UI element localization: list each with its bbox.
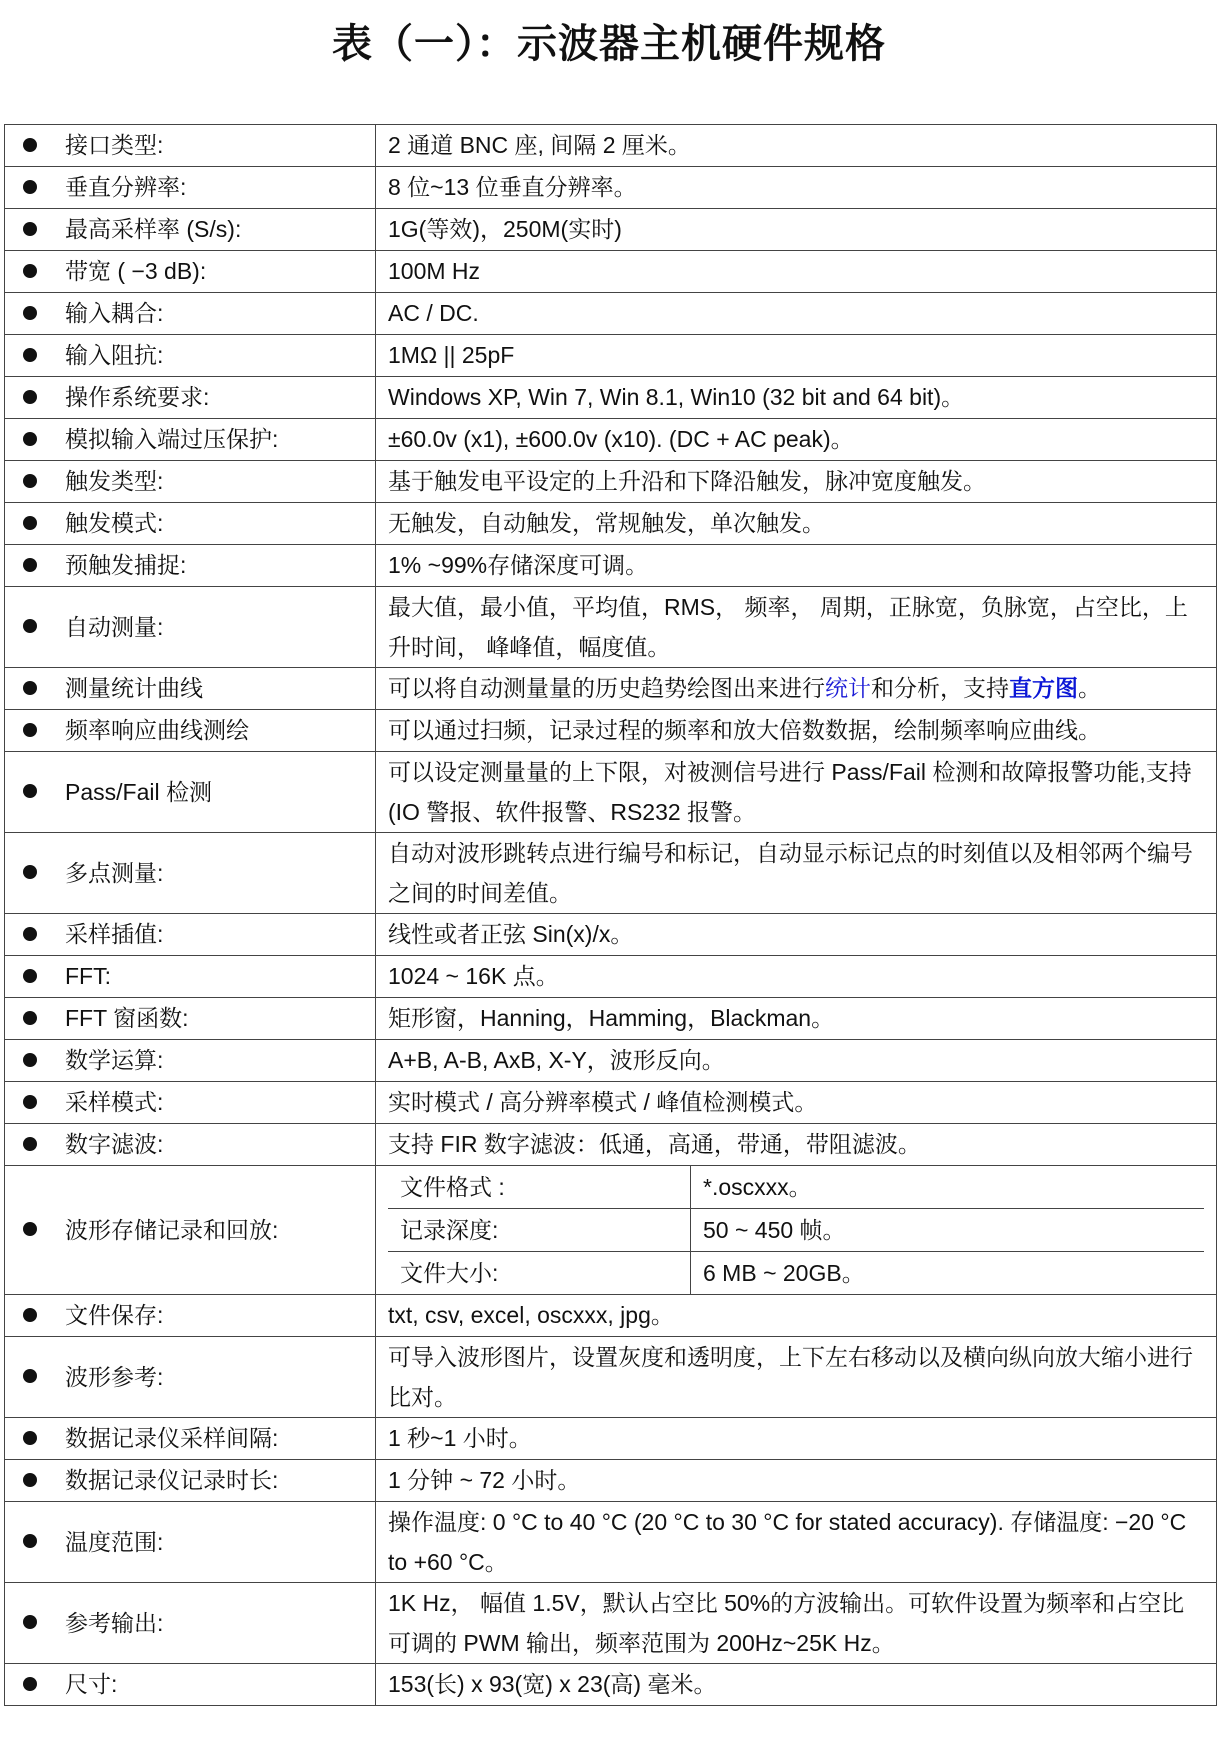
value-text: 可以将自动测量量的历史趋势绘图出来进行 bbox=[388, 675, 825, 701]
row-value: txt, csv, excel, oscxxx, jpg。 bbox=[376, 1295, 1217, 1337]
label-text: 数据记录仪记录时长: bbox=[65, 1467, 278, 1493]
row-label: 参考输出: bbox=[5, 1583, 376, 1664]
label-text: 数据记录仪采样间隔: bbox=[65, 1425, 278, 1451]
row-value: 可以设定测量量的上下限，对被测信号进行 Pass/Fail 检测和故障报警功能,… bbox=[376, 752, 1217, 833]
row-label: 最高采样率 (S/s): bbox=[5, 209, 376, 251]
sub-row: 文件大小:6 MB ~ 20GB。 bbox=[388, 1252, 1204, 1295]
label-text: 带宽 ( −3 dB): bbox=[65, 258, 206, 284]
label-text: 触发类型: bbox=[65, 468, 163, 494]
row-value: 8 位~13 位垂直分辨率。 bbox=[376, 167, 1217, 209]
sub-value: 50 ~ 450 帧。 bbox=[691, 1209, 1205, 1252]
table-row: 模拟输入端过压保护:±60.0v (x1), ±600.0v (x10). (D… bbox=[5, 419, 1217, 461]
row-value: 操作温度: 0 °C to 40 °C (20 °C to 30 °C for … bbox=[376, 1502, 1217, 1583]
sub-value: *.oscxxx。 bbox=[691, 1166, 1205, 1209]
bullet-icon bbox=[23, 1615, 37, 1629]
sub-value: 6 MB ~ 20GB。 bbox=[691, 1252, 1205, 1295]
row-value: 自动对波形跳转点进行编号和标记，自动显示标记点的时刻值以及相邻两个编号之间的时间… bbox=[376, 833, 1217, 914]
label-text: 尺寸: bbox=[65, 1671, 117, 1697]
table-row: 频率响应曲线测绘可以通过扫频，记录过程的频率和放大倍数数据，绘制频率响应曲线。 bbox=[5, 710, 1217, 752]
bullet-icon bbox=[23, 1534, 37, 1548]
label-text: Pass/Fail 检测 bbox=[65, 779, 212, 805]
row-label: FFT 窗函数: bbox=[5, 998, 376, 1040]
label-text: 数字滤波: bbox=[65, 1131, 163, 1157]
bullet-icon bbox=[23, 681, 37, 695]
row-value: 可以通过扫频，记录过程的频率和放大倍数数据，绘制频率响应曲线。 bbox=[376, 710, 1217, 752]
bullet-icon bbox=[23, 619, 37, 633]
row-label: 数据记录仪采样间隔: bbox=[5, 1418, 376, 1460]
page-title: 表（一）：示波器主机硬件规格 bbox=[0, 12, 1218, 69]
row-value: 1G(等效)，250M(实时) bbox=[376, 209, 1217, 251]
label-text: 接口类型: bbox=[65, 132, 163, 158]
label-text: 波形参考: bbox=[65, 1364, 163, 1390]
bullet-icon bbox=[23, 969, 37, 983]
row-value: 1K Hz， 幅值 1.5V，默认占空比 50%的方波输出。可软件设置为频率和占… bbox=[376, 1583, 1217, 1664]
bullet-icon bbox=[23, 1137, 37, 1151]
row-label: 波形参考: bbox=[5, 1337, 376, 1418]
row-label: 数学运算: bbox=[5, 1040, 376, 1082]
row-label: Pass/Fail 检测 bbox=[5, 752, 376, 833]
row-label: 测量统计曲线 bbox=[5, 668, 376, 710]
table-row: FFT 窗函数:矩形窗，Hanning，Hamming，Blackman。 bbox=[5, 998, 1217, 1040]
bullet-icon bbox=[23, 516, 37, 530]
table-row: 数据记录仪采样间隔:1 秒~1 小时。 bbox=[5, 1418, 1217, 1460]
row-label: 频率响应曲线测绘 bbox=[5, 710, 376, 752]
row-value: A+B, A-B, AxB, X-Y，波形反向。 bbox=[376, 1040, 1217, 1082]
row-label: 温度范围: bbox=[5, 1502, 376, 1583]
row-value: ±60.0v (x1), ±600.0v (x10). (DC + AC pea… bbox=[376, 419, 1217, 461]
label-text: 输入阻抗: bbox=[65, 342, 163, 368]
label-text: 波形存储记录和回放: bbox=[65, 1217, 278, 1243]
table-row: 波形存储记录和回放: 文件格式 :*.oscxxx。 记录深度:50 ~ 450… bbox=[5, 1166, 1217, 1295]
table-row: 自动测量:最大值，最小值，平均值，RMS， 频率， 周期，正脉宽，负脉宽，占空比… bbox=[5, 587, 1217, 668]
bullet-icon bbox=[23, 348, 37, 362]
bullet-icon bbox=[23, 306, 37, 320]
bullet-icon bbox=[23, 1053, 37, 1067]
row-value: Windows XP, Win 7, Win 8.1, Win10 (32 bi… bbox=[376, 377, 1217, 419]
label-text: 参考输出: bbox=[65, 1610, 163, 1636]
row-value: 线性或者正弦 Sin(x)/x。 bbox=[376, 914, 1217, 956]
row-value: 100M Hz bbox=[376, 251, 1217, 293]
row-value: 最大值，最小值，平均值，RMS， 频率， 周期，正脉宽，负脉宽，占空比，上升时间… bbox=[376, 587, 1217, 668]
bullet-icon bbox=[23, 1473, 37, 1487]
row-label: 操作系统要求: bbox=[5, 377, 376, 419]
label-text: 频率响应曲线测绘 bbox=[65, 717, 249, 743]
bullet-icon bbox=[23, 264, 37, 278]
row-value: 1024 ~ 16K 点。 bbox=[376, 956, 1217, 998]
bullet-icon bbox=[23, 1308, 37, 1322]
label-text: FFT 窗函数: bbox=[65, 1005, 189, 1031]
table-row: 采样插值:线性或者正弦 Sin(x)/x。 bbox=[5, 914, 1217, 956]
label-text: FFT: bbox=[65, 963, 111, 989]
label-text: 操作系统要求: bbox=[65, 384, 209, 410]
storage-subtable: 文件格式 :*.oscxxx。 记录深度:50 ~ 450 帧。 文件大小:6 … bbox=[388, 1166, 1204, 1294]
row-value: 实时模式 / 高分辨率模式 / 峰值检测模式。 bbox=[376, 1082, 1217, 1124]
table-row: 数据记录仪记录时长:1 分钟 ~ 72 小时。 bbox=[5, 1460, 1217, 1502]
table-row: 波形参考:可导入波形图片，设置灰度和透明度，上下左右移动以及横向纵向放大缩小进行… bbox=[5, 1337, 1217, 1418]
row-label: 波形存储记录和回放: bbox=[5, 1166, 376, 1295]
table-row: 垂直分辨率:8 位~13 位垂直分辨率。 bbox=[5, 167, 1217, 209]
bullet-icon bbox=[23, 784, 37, 798]
label-text: 测量统计曲线 bbox=[65, 675, 203, 701]
row-label: FFT: bbox=[5, 956, 376, 998]
row-value: 2 通道 BNC 座, 间隔 2 厘米。 bbox=[376, 125, 1217, 167]
label-text: 采样模式: bbox=[65, 1089, 163, 1115]
table-row: FFT:1024 ~ 16K 点。 bbox=[5, 956, 1217, 998]
row-label: 垂直分辨率: bbox=[5, 167, 376, 209]
row-label: 预触发捕捉: bbox=[5, 545, 376, 587]
table-row: 最高采样率 (S/s):1G(等效)，250M(实时) bbox=[5, 209, 1217, 251]
bullet-icon bbox=[23, 1222, 37, 1236]
table-row: 参考输出:1K Hz， 幅值 1.5V，默认占空比 50%的方波输出。可软件设置… bbox=[5, 1583, 1217, 1664]
row-label: 输入阻抗: bbox=[5, 335, 376, 377]
label-text: 温度范围: bbox=[65, 1529, 163, 1555]
table-row: 预触发捕捉:1% ~99%存储深度可调。 bbox=[5, 545, 1217, 587]
table-row: 数字滤波:支持 FIR 数字滤波：低通，高通，带通，带阻滤波。 bbox=[5, 1124, 1217, 1166]
bullet-icon bbox=[23, 1095, 37, 1109]
bullet-icon bbox=[23, 222, 37, 236]
table-row: 输入耦合:AC / DC. bbox=[5, 293, 1217, 335]
sub-row: 文件格式 :*.oscxxx。 bbox=[388, 1166, 1204, 1209]
row-label: 触发模式: bbox=[5, 503, 376, 545]
label-text: 触发模式: bbox=[65, 510, 163, 536]
bullet-icon bbox=[23, 1369, 37, 1383]
row-label: 多点测量: bbox=[5, 833, 376, 914]
row-value: AC / DC. bbox=[376, 293, 1217, 335]
bullet-icon bbox=[23, 1011, 37, 1025]
bullet-icon bbox=[23, 865, 37, 879]
label-text: 文件保存: bbox=[65, 1302, 163, 1328]
sub-key: 记录深度: bbox=[388, 1209, 691, 1252]
row-value: 无触发，自动触发，常规触发，单次触发。 bbox=[376, 503, 1217, 545]
row-value: 矩形窗，Hanning，Hamming，Blackman。 bbox=[376, 998, 1217, 1040]
row-label: 采样模式: bbox=[5, 1082, 376, 1124]
row-label: 接口类型: bbox=[5, 125, 376, 167]
table-row: 数学运算:A+B, A-B, AxB, X-Y，波形反向。 bbox=[5, 1040, 1217, 1082]
label-text: 采样插值: bbox=[65, 921, 163, 947]
row-value: 153(长) x 93(宽) x 23(高) 毫米。 bbox=[376, 1664, 1217, 1706]
row-label: 带宽 ( −3 dB): bbox=[5, 251, 376, 293]
row-label: 数据记录仪记录时长: bbox=[5, 1460, 376, 1502]
row-label: 采样插值: bbox=[5, 914, 376, 956]
statistics-link[interactable]: 统计 bbox=[825, 675, 871, 701]
label-text: 数学运算: bbox=[65, 1047, 163, 1073]
bullet-icon bbox=[23, 138, 37, 152]
table-row: 输入阻抗:1MΩ || 25pF bbox=[5, 335, 1217, 377]
table-row: Pass/Fail 检测可以设定测量量的上下限，对被测信号进行 Pass/Fai… bbox=[5, 752, 1217, 833]
label-text: 预触发捕捉: bbox=[65, 552, 186, 578]
label-text: 最高采样率 (S/s): bbox=[65, 216, 241, 242]
bullet-icon bbox=[23, 474, 37, 488]
table-row: 测量统计曲线可以将自动测量量的历史趋势绘图出来进行统计和分析，支持直方图。 bbox=[5, 668, 1217, 710]
bullet-icon bbox=[23, 723, 37, 737]
table-row: 接口类型:2 通道 BNC 座, 间隔 2 厘米。 bbox=[5, 125, 1217, 167]
row-value: 1MΩ || 25pF bbox=[376, 335, 1217, 377]
value-text: 和分析，支持 bbox=[871, 675, 1009, 701]
label-text: 自动测量: bbox=[65, 614, 163, 640]
sub-row: 记录深度:50 ~ 450 帧。 bbox=[388, 1209, 1204, 1252]
row-label: 模拟输入端过压保护: bbox=[5, 419, 376, 461]
table-row: 带宽 ( −3 dB):100M Hz bbox=[5, 251, 1217, 293]
value-text: 。 bbox=[1078, 675, 1101, 701]
row-label: 输入耦合: bbox=[5, 293, 376, 335]
bullet-icon bbox=[23, 180, 37, 194]
row-value: 1 分钟 ~ 72 小时。 bbox=[376, 1460, 1217, 1502]
table-row: 触发类型:基于触发电平设定的上升沿和下降沿触发，脉冲宽度触发。 bbox=[5, 461, 1217, 503]
row-value: 可导入波形图片，设置灰度和透明度，上下左右移动以及横向纵向放大缩小进行比对。 bbox=[376, 1337, 1217, 1418]
label-text: 垂直分辨率: bbox=[65, 174, 186, 200]
label-text: 输入耦合: bbox=[65, 300, 163, 326]
row-value: 支持 FIR 数字滤波：低通，高通，带通，带阻滤波。 bbox=[376, 1124, 1217, 1166]
row-label: 触发类型: bbox=[5, 461, 376, 503]
bullet-icon bbox=[23, 927, 37, 941]
row-label: 数字滤波: bbox=[5, 1124, 376, 1166]
row-label: 尺寸: bbox=[5, 1664, 376, 1706]
row-value: 1 秒~1 小时。 bbox=[376, 1418, 1217, 1460]
histogram-link[interactable]: 直方图 bbox=[1009, 675, 1078, 701]
row-label: 自动测量: bbox=[5, 587, 376, 668]
table-row: 采样模式:实时模式 / 高分辨率模式 / 峰值检测模式。 bbox=[5, 1082, 1217, 1124]
spec-table: 接口类型:2 通道 BNC 座, 间隔 2 厘米。 垂直分辨率:8 位~13 位… bbox=[4, 124, 1217, 1706]
sub-key: 文件格式 : bbox=[388, 1166, 691, 1209]
table-row: 操作系统要求:Windows XP, Win 7, Win 8.1, Win10… bbox=[5, 377, 1217, 419]
bullet-icon bbox=[23, 1677, 37, 1691]
bullet-icon bbox=[23, 390, 37, 404]
table-row: 多点测量:自动对波形跳转点进行编号和标记，自动显示标记点的时刻值以及相邻两个编号… bbox=[5, 833, 1217, 914]
row-value: 1% ~99%存储深度可调。 bbox=[376, 545, 1217, 587]
table-row: 尺寸:153(长) x 93(宽) x 23(高) 毫米。 bbox=[5, 1664, 1217, 1706]
bullet-icon bbox=[23, 1431, 37, 1445]
sub-key: 文件大小: bbox=[388, 1252, 691, 1295]
row-value-nested: 文件格式 :*.oscxxx。 记录深度:50 ~ 450 帧。 文件大小:6 … bbox=[376, 1166, 1217, 1295]
row-value: 基于触发电平设定的上升沿和下降沿触发，脉冲宽度触发。 bbox=[376, 461, 1217, 503]
table-row: 触发模式:无触发，自动触发，常规触发，单次触发。 bbox=[5, 503, 1217, 545]
table-row: 温度范围:操作温度: 0 °C to 40 °C (20 °C to 30 °C… bbox=[5, 1502, 1217, 1583]
row-label: 文件保存: bbox=[5, 1295, 376, 1337]
table-row: 文件保存:txt, csv, excel, oscxxx, jpg。 bbox=[5, 1295, 1217, 1337]
label-text: 多点测量: bbox=[65, 860, 163, 886]
bullet-icon bbox=[23, 558, 37, 572]
row-value: 可以将自动测量量的历史趋势绘图出来进行统计和分析，支持直方图。 bbox=[376, 668, 1217, 710]
label-text: 模拟输入端过压保护: bbox=[65, 426, 278, 452]
bullet-icon bbox=[23, 432, 37, 446]
